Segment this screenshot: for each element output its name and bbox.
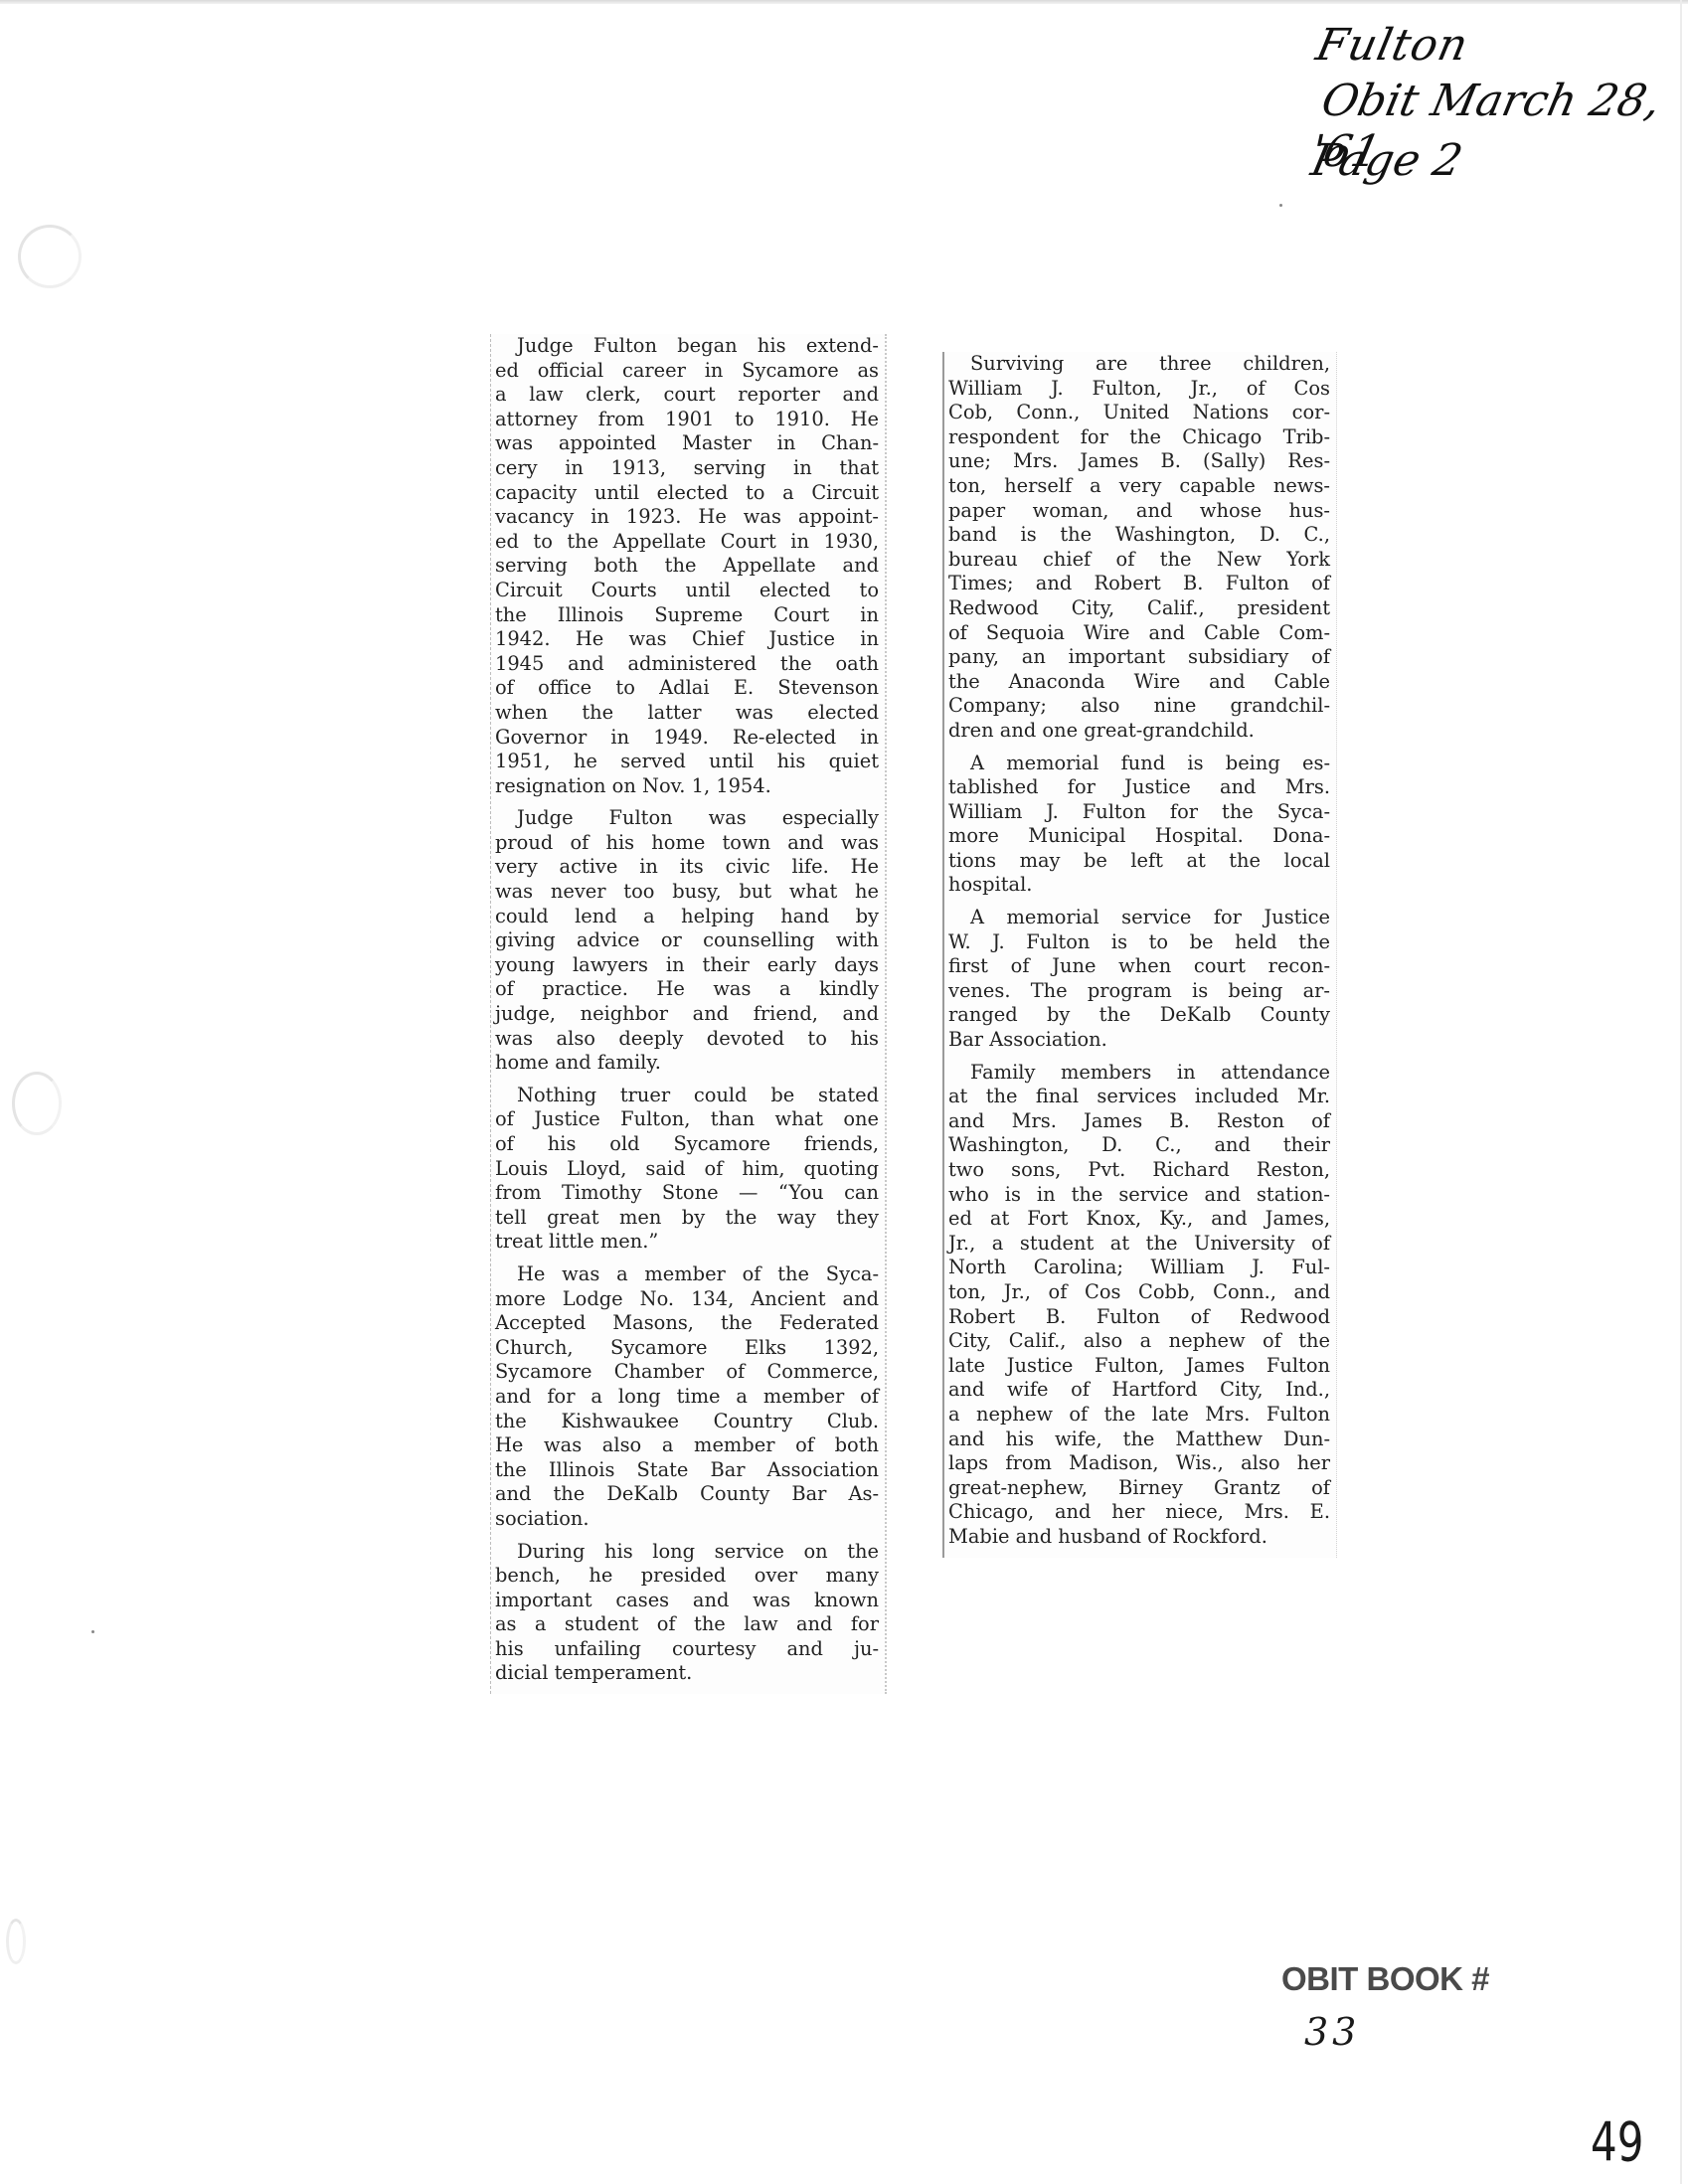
article-line: the Anaconda Wire and Cable [948,670,1330,695]
article-line: a nephew of the late Mrs. Fulton [948,1403,1330,1428]
article-line: Judge Fulton was especially [495,806,879,831]
article-line: when the latter was elected [495,701,879,726]
article-line: Surviving are three children, [948,352,1330,377]
article-line: and the DeKalb County Bar As- [495,1482,879,1507]
article-line: sociation. [495,1507,879,1532]
article-line: Circuit Courts until elected to [495,579,879,603]
article-line: his unfailing courtesy and ju- [495,1637,879,1662]
article-paragraph: Judge Fulton began his extend-ed officia… [495,334,879,798]
article-line: proud of his home town and was [495,831,879,856]
article-line: William J. Fulton, Jr., of Cos [948,377,1330,402]
article-line: serving both the Appellate and [495,554,879,579]
article-line: was appointed Master in Chan- [495,431,879,456]
article-line: and wife of Hartford City, Ind., [948,1378,1330,1403]
article-line: W. J. Fulton is to be held the [948,930,1330,955]
binder-hole-middle [12,1072,62,1135]
paper-speck [1279,204,1282,207]
article-line: ton, herself a very capable news- [948,474,1330,499]
article-line: very active in its civic life. He [495,855,879,880]
article-line: Washington, D. C., and their [948,1133,1330,1158]
handwritten-page: Page 2 [1307,135,1467,186]
article-line: and for a long time a member of [495,1385,879,1410]
article-line: ed to the Appellate Court in 1930, [495,530,879,555]
article-line: North Carolina; William J. Ful- [948,1256,1330,1280]
article-paragraph: Surviving are three children,William J. … [948,352,1330,744]
article-line: pany, an important subsidiary of [948,645,1330,670]
article-line: judge, neighbor and friend, and [495,1002,879,1027]
article-line: two sons, Pvt. Richard Reston, [948,1158,1330,1183]
article-line: Redwood City, Calif., president [948,596,1330,621]
article-line: ed official career in Sycamore as [495,359,879,384]
article-line: He was a member of the Syca- [495,1262,879,1287]
article-line: a law clerk, court reporter and [495,383,879,408]
article-line: home and family. [495,1051,879,1076]
article-line: 1951, he served until his quiet [495,750,879,774]
article-line: A memorial fund is being es- [948,752,1330,776]
obit-book-stamp: OBIT BOOK # [1281,1960,1489,1998]
article-line: the Illinois State Bar Association [495,1458,879,1483]
article-line: Mabie and husband of Rockford. [948,1525,1330,1550]
article-line: venes. The program is being ar- [948,979,1330,1004]
article-line: Nothing truer could be stated [495,1084,879,1108]
article-line: ed at Fort Knox, Ky., and James, [948,1207,1330,1232]
article-line: young lawyers in their early days [495,953,879,978]
page-top-edge [0,0,1688,4]
article-line: the Illinois Supreme Court in [495,603,879,628]
article-line: bench, he presided over many [495,1564,879,1589]
article-line: dren and one great-grandchild. [948,719,1330,744]
article-line: respondent for the Chicago Trib- [948,425,1330,450]
article-line: laps from Madison, Wis., also her [948,1451,1330,1476]
article-line: Judge Fulton began his extend- [495,334,879,359]
article-paragraph: During his long service on thebench, he … [495,1540,879,1687]
article-line: of Justice Fulton, than what one [495,1107,879,1132]
binder-hole-bottom [6,1919,26,1964]
article-line: vacancy in 1923. He was appoint- [495,505,879,530]
article-line: important cases and was known [495,1589,879,1613]
article-line: City, Calif., also a nephew of the [948,1329,1330,1354]
clipping-left-column: Judge Fulton began his extend-ed officia… [490,334,887,1694]
article-line: of practice. He was a kindly [495,977,879,1002]
article-line: great-nephew, Birney Grantz of [948,1476,1330,1501]
article-line: Robert B. Fulton of Redwood [948,1305,1330,1330]
article-line: dicial temperament. [495,1661,879,1686]
article-line: He was also a member of both [495,1433,879,1458]
article-line: who is in the service and station- [948,1183,1330,1208]
article-line: could lend a helping hand by [495,905,879,929]
article-line: resignation on Nov. 1, 1954. [495,774,879,799]
article-line: Sycamore Chamber of Commerce, [495,1360,879,1385]
article-line: William J. Fulton for the Syca- [948,800,1330,825]
article-line: Cob, Conn., United Nations cor- [948,401,1330,425]
article-line: tell great men by the way they [495,1206,879,1231]
article-line: capacity until elected to a Circuit [495,481,879,506]
article-line: tablished for Justice and Mrs. [948,775,1330,800]
article-line: was also deeply devoted to his [495,1027,879,1052]
article-line: Church, Sycamore Elks 1392, [495,1336,879,1361]
article-line: from Timothy Stone — “You can [495,1181,879,1206]
page-number: 49 [1591,2110,1643,2174]
article-paragraph: Judge Fulton was especiallyproud of his … [495,806,879,1076]
article-line: cery in 1913, serving in that [495,456,879,481]
article-line: hospital. [948,873,1330,898]
article-line: 1942. He was Chief Justice in [495,627,879,652]
article-line: A memorial service for Justice [948,906,1330,930]
article-line: Governor in 1949. Re-elected in [495,726,879,751]
article-line: treat little men.” [495,1230,879,1255]
article-line: at the final services included Mr. [948,1085,1330,1109]
article-line: first of June when court recon- [948,954,1330,979]
article-line: Louis Lloyd, said of him, quoting [495,1157,879,1182]
article-line: 1945 and administered the oath [495,652,879,677]
article-line: more Municipal Hospital. Dona- [948,824,1330,849]
article-line: tions may be left at the local [948,849,1330,874]
article-line: of Sequoia Wire and Cable Com- [948,621,1330,646]
article-line: late Justice Fulton, James Fulton [948,1354,1330,1379]
article-paragraph: A memorial fund is being es-tablished fo… [948,752,1330,899]
article-paragraph: Family members in attendanceat the final… [948,1061,1330,1550]
article-line: bureau chief of the New York [948,548,1330,573]
clipping-right-column: Surviving are three children,William J. … [942,352,1337,1558]
article-line: ranged by the DeKalb County [948,1003,1330,1028]
article-line: Times; and Robert B. Fulton of [948,572,1330,596]
article-line: une; Mrs. James B. (Sally) Res- [948,449,1330,474]
paper-speck [91,1630,94,1633]
article-line: more Lodge No. 134, Ancient and [495,1287,879,1312]
article-line: Company; also nine grandchil- [948,694,1330,719]
article-line: Chicago, and her niece, Mrs. E. [948,1500,1330,1525]
handwritten-name: Fulton [1312,20,1473,71]
article-line: paper woman, and whose hus- [948,499,1330,524]
page-right-edge [1680,0,1682,2184]
article-line: ton, Jr., of Cos Cobb, Conn., and [948,1280,1330,1305]
article-line: the Kishwaukee Country Club. [495,1410,879,1434]
article-line: of office to Adlai E. Stevenson [495,676,879,701]
article-line: and his wife, the Matthew Dun- [948,1428,1330,1452]
article-line: giving advice or counselling with [495,928,879,953]
article-line: attorney from 1901 to 1910. He [495,408,879,432]
article-line: was never too busy, but what he [495,880,879,905]
article-paragraph: He was a member of the Syca-more Lodge N… [495,1262,879,1532]
article-line: of his old Sycamore friends, [495,1132,879,1157]
binder-hole-top [18,225,82,288]
article-line: Bar Association. [948,1028,1330,1053]
article-line: Accepted Masons, the Federated [495,1311,879,1336]
article-line: and Mrs. James B. Reston of [948,1109,1330,1134]
article-line: During his long service on the [495,1540,879,1565]
article-line: as a student of the law and for [495,1612,879,1637]
article-line: Jr., a student at the University of [948,1232,1330,1257]
article-line: band is the Washington, D. C., [948,523,1330,548]
article-line: Family members in attendance [948,1061,1330,1086]
article-paragraph: Nothing truer could be statedof Justice … [495,1084,879,1255]
article-paragraph: A memorial service for JusticeW. J. Fult… [948,906,1330,1053]
obit-book-number: 33 [1304,2010,1360,2054]
